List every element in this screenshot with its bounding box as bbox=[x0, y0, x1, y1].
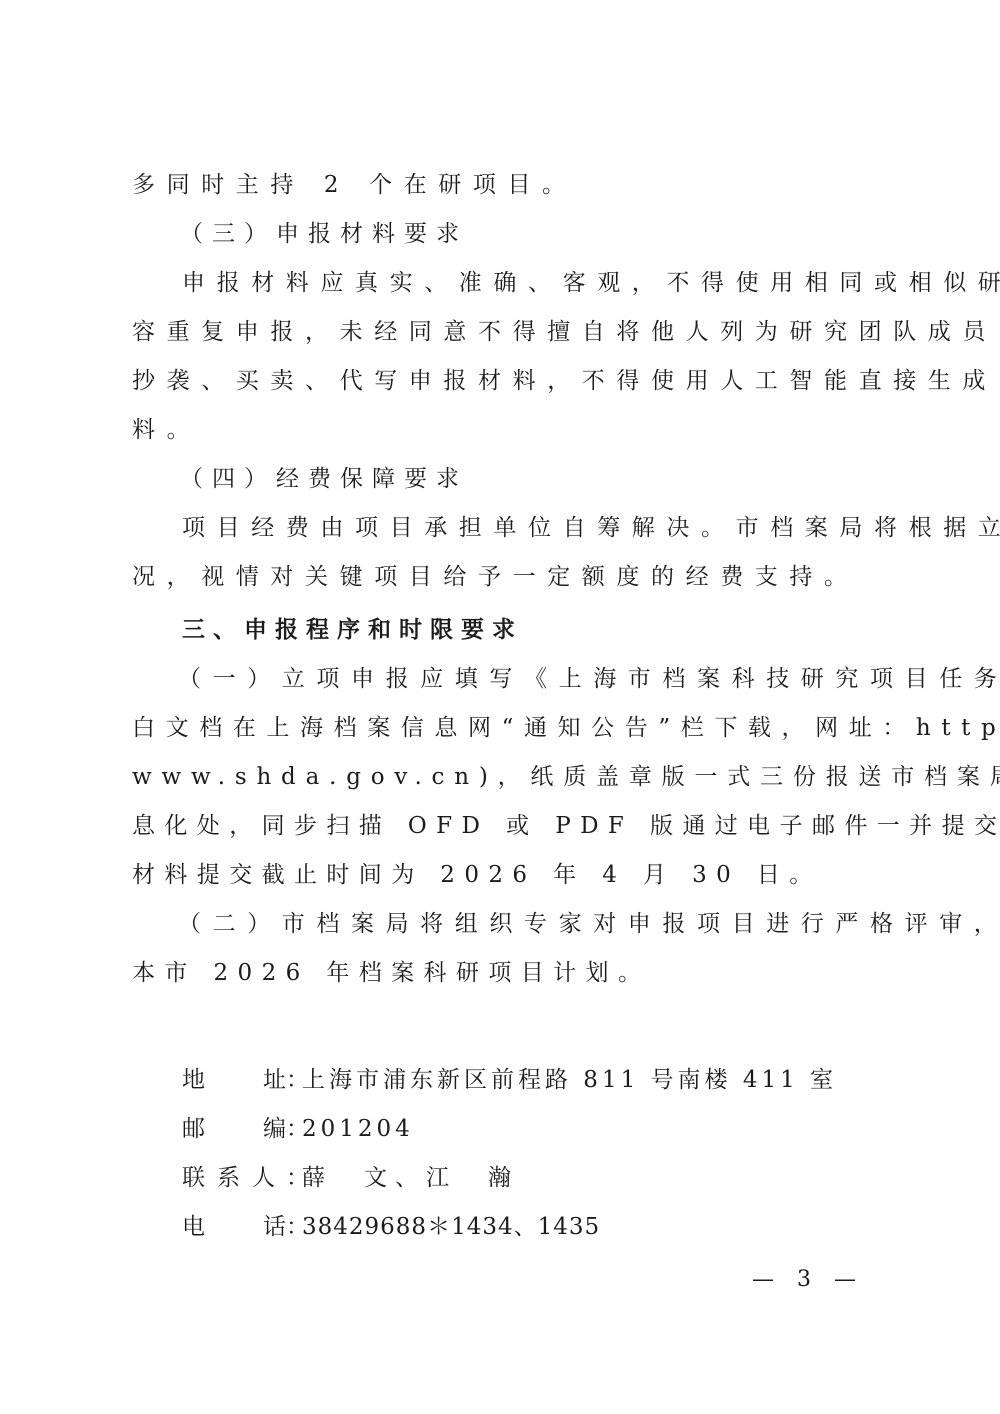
person-value: 薛 文、江 瀚 bbox=[302, 1158, 519, 1198]
contact-address: 地 址 ： 上海市浦东新区前程路 811 号南楼 411 室 bbox=[182, 1060, 837, 1100]
postcode-label: 邮 编 bbox=[182, 1109, 286, 1149]
page-number: — 3 — bbox=[752, 1260, 864, 1300]
phone-label: 电 话 bbox=[182, 1207, 286, 1247]
section-heading-procedure: 三、申报程序和时限要求 bbox=[182, 610, 922, 650]
subheading-application-materials: （三）申报材料要求 bbox=[180, 214, 920, 254]
paragraph-line: 况，视情对关键项目给予一定额度的经费支持。 bbox=[132, 557, 872, 597]
contact-person: 联系人 ： 薛 文、江 瀚 bbox=[182, 1158, 519, 1198]
paragraph-line: 抄袭、买卖、代写申报材料，不得使用人工智能直接生成申报材 bbox=[132, 361, 872, 401]
person-label: 联系人 bbox=[182, 1158, 286, 1198]
paragraph-line: 白文档在上海档案信息网“通知公告”栏下载，网址：https：// bbox=[132, 708, 872, 748]
subheading-funding: （四）经费保障要求 bbox=[180, 459, 920, 499]
paragraph-line: 申报材料应真实、准确、客观，不得使用相同或相似研究内 bbox=[182, 263, 872, 303]
paragraph-line: 容重复申报，未经同意不得擅自将他人列为研究团队成员；不得 bbox=[132, 312, 872, 352]
address-label: 地 址 bbox=[182, 1060, 286, 1100]
phone-value: 38429688＊1434、1435 bbox=[302, 1207, 600, 1247]
paragraph-line: （一）立项申报应填写《上海市档案科技研究项目任务书》（空 bbox=[178, 659, 868, 699]
paragraph-line: 本市 2026 年档案科研项目计划。 bbox=[132, 953, 872, 993]
paragraph-line: www.shda.gov.cn)，纸质盖章版一式三份报送市档案局科技信 bbox=[132, 757, 872, 797]
paragraph-line: 多同时主持 2 个在研项目。 bbox=[132, 165, 872, 205]
paragraph-line: 项目经费由项目承担单位自筹解决。市档案局将根据立项情 bbox=[182, 508, 872, 548]
paragraph-line: （二）市档案局将组织专家对申报项目进行严格评审，确定 bbox=[178, 904, 868, 944]
document-page: 多同时主持 2 个在研项目。 （三）申报材料要求 申报材料应真实、准确、客观，不… bbox=[0, 0, 1000, 1414]
contact-phone: 电 话 ： 38429688＊1434、1435 bbox=[182, 1207, 600, 1247]
paragraph-line: 料。 bbox=[132, 410, 872, 450]
postcode-value: 201204 bbox=[302, 1109, 414, 1149]
contact-postcode: 邮 编 ： 201204 bbox=[182, 1109, 414, 1149]
paragraph-line: 材料提交截止时间为 2026 年 4 月 30 日。 bbox=[132, 855, 872, 895]
address-value: 上海市浦东新区前程路 811 号南楼 411 室 bbox=[302, 1060, 837, 1100]
paragraph-line: 息化处，同步扫描 OFD 或 PDF 版通过电子邮件一并提交。申报 bbox=[132, 806, 872, 846]
